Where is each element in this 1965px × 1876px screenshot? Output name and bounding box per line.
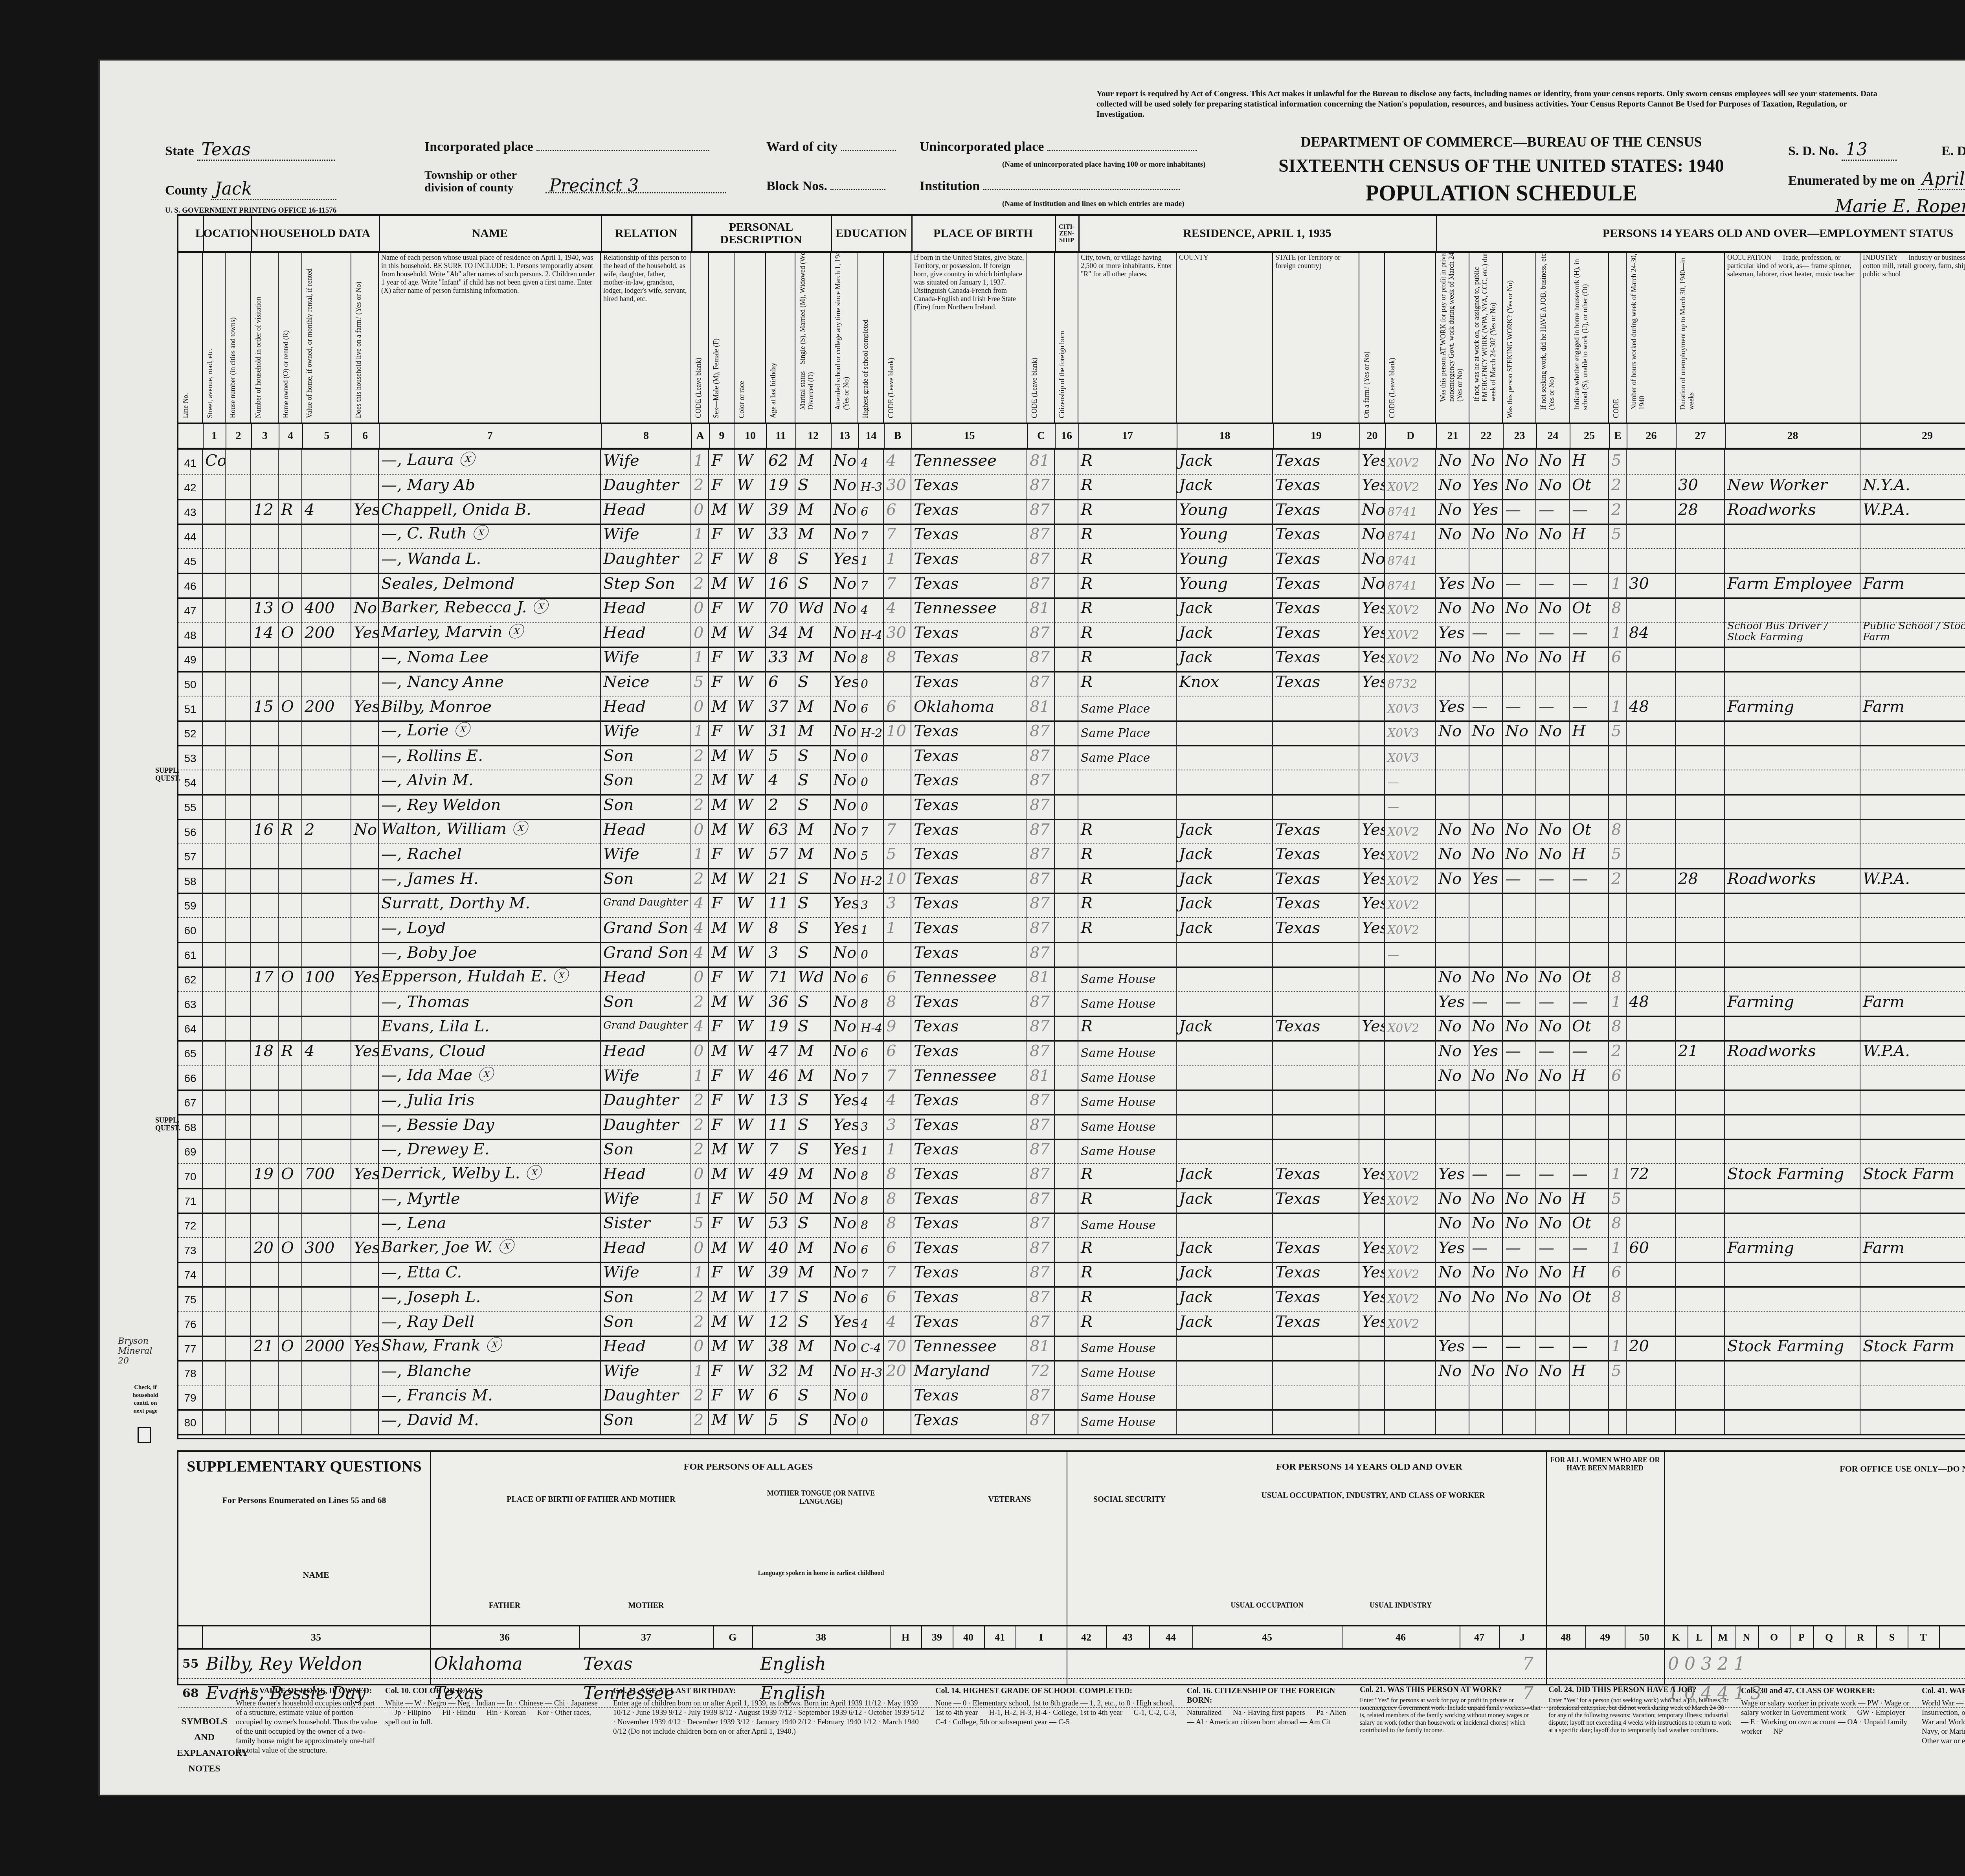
cell-w23: No [1503,1065,1536,1090]
section-household-data: HOUSEHOLD DATA [251,216,380,253]
cell-ind [1860,819,1965,843]
cell-own: O [279,1336,302,1360]
cell-cC: 72 [1027,1360,1055,1385]
cell-w23 [1503,671,1536,696]
supplementary-column-number: I [1016,1626,1067,1648]
cell-r17: Same Place [1078,696,1177,720]
cell-r20 [1359,991,1385,1016]
column-number: 10 [735,424,767,450]
column-number: 2 [226,424,252,450]
cell-mar: M [795,843,831,868]
cell-name: Barker, Joe W. ⓧ [379,1237,601,1262]
cell-h26 [1627,450,1676,474]
cell-mar: S [795,474,831,499]
cell-r20 [1359,1336,1385,1360]
cell-w24 [1536,770,1570,794]
cell-cD: X0V3 [1385,745,1436,770]
cell-w25: — [1570,499,1609,524]
cell-r18: Jack [1177,450,1273,474]
cell-farm [351,1385,379,1409]
institution-note: (Name of institution and lines on which … [1002,200,1185,208]
cell-w25 [1570,770,1609,794]
cell-r18: Jack [1177,1286,1273,1311]
cell-mar: M [795,1360,831,1385]
cell-r19 [1273,1409,1359,1434]
cell-birth: Texas [911,917,1027,942]
cell-r20 [1359,1040,1385,1065]
cell-r19 [1273,1360,1359,1385]
cell-ind: W.P.A. [1860,499,1965,524]
cell-cA: 5 [691,1213,709,1237]
cell-grade: 7 [858,524,884,548]
cell-r20: Yes [1359,450,1385,474]
cell-sch: No [831,450,858,474]
cell-h26 [1627,671,1676,696]
supplementary-column-number: H [890,1626,922,1648]
cell-r18: Jack [1177,474,1273,499]
cell-grade: 4 [858,1090,884,1114]
cell-grade: 0 [858,1409,884,1434]
cell-w24: No [1536,474,1570,499]
column-number: 19 [1273,424,1360,450]
county-value: Jack [211,179,336,200]
cell-grade: 3 [858,1114,884,1139]
cell-cA: 0 [691,1237,709,1262]
cell-house [226,819,251,843]
cell-birth: Texas [911,991,1027,1016]
cell-cE [1609,1114,1627,1139]
table-row: 66—, Ida Mae ⓧWife1FW46MNo77Tennessee81S… [178,1065,1965,1091]
cell-cit [1055,499,1078,524]
cell-d27 [1676,1237,1725,1262]
cell-h26 [1627,843,1676,868]
cell-h26: 30 [1627,573,1676,597]
cell-w23 [1503,770,1536,794]
cell-cC: 87 [1027,868,1055,893]
cell-cB: 3 [884,1114,911,1139]
cell-cC: 87 [1027,1163,1055,1188]
cell-sex: F [709,720,735,745]
note-col24: Col. 24. DID THIS PERSON HAVE A JOB?Ente… [1548,1686,1733,1734]
cell-r19: Texas [1273,573,1359,597]
cell-birth: Texas [911,1188,1027,1213]
supplementary-column-number: 45 [1192,1626,1342,1648]
cell-d27: 21 [1676,1040,1725,1065]
cell-hh: 13 [251,597,279,622]
cell-d27: 28 [1676,868,1725,893]
supplementary-column-number: 40 [953,1626,985,1648]
cell-cD: 8732 [1385,671,1436,696]
cell-occ: Farming [1725,696,1860,720]
cell-rel: Head [601,966,691,991]
cell-cD: X0V3 [1385,696,1436,720]
cell-w24: No [1536,1262,1570,1286]
cell-cA: 1 [691,647,709,671]
column-number: 3 [251,424,279,450]
cell-rel: Neice [601,671,691,696]
cell-r17: Same House [1078,1213,1177,1237]
cell-r18: Knox [1177,671,1273,696]
cell-d27 [1676,524,1725,548]
col-mother-label: MOTHER [579,1601,713,1610]
cell-street [203,917,226,942]
cell-cC: 81 [1027,966,1055,991]
cell-house [226,745,251,770]
cell-mar: M [795,524,831,548]
cell-mar: M [795,622,831,647]
cell-w23 [1503,745,1536,770]
cell-cB: 4 [884,597,911,622]
cell-street [203,720,226,745]
cell-w21 [1436,1090,1469,1114]
cell-r17: Same House [1078,1040,1177,1065]
cell-w25: Ot [1570,597,1609,622]
cell-d27: 28 [1676,499,1725,524]
cell-cA: 4 [691,917,709,942]
cell-w21: No [1436,450,1469,474]
cell-value [302,991,351,1016]
cell-mar: M [795,450,831,474]
cell-w24 [1536,917,1570,942]
column-header-c11: Age at last birthday [766,251,795,424]
cell-occ [1725,1385,1860,1409]
cell-age: 46 [766,1065,795,1090]
cell-cC: 87 [1027,1213,1055,1237]
cell-cC: 87 [1027,1040,1055,1065]
cell-r19 [1273,1385,1359,1409]
cell-cC: 81 [1027,1065,1055,1090]
cell-mar: S [795,1139,831,1163]
cell-name: —, James H. [379,868,601,893]
cell-sex: F [709,1090,735,1114]
cell-age: 4 [766,770,795,794]
column-number: 6 [351,424,380,450]
supplementary-name: Bilby, Rey Weldon [206,1654,362,1674]
cell-name: —, Etta C. [379,1262,601,1286]
cell-cC: 87 [1027,1409,1055,1434]
supplementary-column-number: 43 [1106,1626,1150,1648]
cell-race: W [735,548,766,573]
cell-w24: — [1536,991,1570,1016]
cell-r20: Yes [1359,671,1385,696]
cell-sch: No [831,1385,858,1409]
cell-own: O [279,966,302,991]
cell-sch: No [831,1065,858,1090]
cell-cE: 2 [1609,1040,1627,1065]
cell-grade: 1 [858,548,884,573]
cell-name: Bilby, Monroe [379,696,601,720]
table-row: 42—, Mary AbDaughter2FW19SNoH-330Texas87… [178,474,1965,501]
cell-occ [1725,1114,1860,1139]
cell-cD [1385,1040,1436,1065]
cell-house [226,917,251,942]
cell-w21: No [1436,647,1469,671]
cell-r20: Yes [1359,647,1385,671]
cell-house [226,1016,251,1040]
cell-cB: 7 [884,573,911,597]
cell-cE [1609,1409,1627,1434]
cell-r18: Jack [1177,1188,1273,1213]
population-table: LOCATIONHOUSEHOLD DATANAMERELATIONPERSON… [177,214,1965,1439]
column-header-c22: If not, was he at work on, or assigned t… [1469,251,1503,424]
cell-race: W [735,524,766,548]
cell-house [226,893,251,917]
cell-w25: — [1570,1163,1609,1188]
cell-r17: Same House [1078,1114,1177,1139]
cell-occ [1725,548,1860,573]
cell-race: W [735,450,766,474]
cell-w25: Ot [1570,966,1609,991]
cell-age: 50 [766,1188,795,1213]
cell-r18: Jack [1177,597,1273,622]
table-row: 80—, David M.Son2MW5SNo0Texas87Same Hous… [178,1409,1965,1435]
cell-mar: M [795,1262,831,1286]
cell-grade: H-3 [858,474,884,499]
cell-cit [1055,1336,1078,1360]
ed-number-field: E. D. No. 119-7 [1941,140,1965,161]
married-women-heading: FOR ALL WOMEN WHO ARE OR HAVE BEEN MARRI… [1546,1456,1664,1472]
cell-rel: Grand Son [601,917,691,942]
cell-hh [251,548,279,573]
cell-occ [1725,1065,1860,1090]
cell-ind [1860,671,1965,696]
cell-cB: 1 [884,1139,911,1163]
cell-line-no: 67 [178,1090,203,1114]
cell-h26 [1627,770,1676,794]
cell-ind [1860,1311,1965,1336]
cell-w24 [1536,893,1570,917]
cell-farm [351,720,379,745]
cell-birth: Texas [911,1409,1027,1434]
cell-d27 [1676,696,1725,720]
cell-grade: 6 [858,966,884,991]
cell-house [226,1311,251,1336]
cell-w22 [1469,917,1503,942]
cell-occ [1725,1360,1860,1385]
explanatory-notes: SYMBOLS AND EXPLANATORY NOTES Col. 5. VA… [177,1686,1965,1788]
cell-cD [1385,1065,1436,1090]
cell-r19: Texas [1273,1262,1359,1286]
household-continued-checkbox[interactable] [138,1427,151,1443]
cell-r20: Yes [1359,819,1385,843]
cell-ind [1860,1188,1965,1213]
supplementary-column-number: 35 [202,1626,431,1648]
cell-ind [1860,720,1965,745]
cell-d27 [1676,720,1725,745]
cell-ind [1860,942,1965,966]
cell-cit [1055,1286,1078,1311]
cell-rel: Head [601,1163,691,1188]
cell-sch: Yes [831,1090,858,1114]
cell-r18: Jack [1177,868,1273,893]
cell-cC: 87 [1027,499,1055,524]
cell-w24 [1536,1385,1570,1409]
cell-occ: Stock Farming [1725,1163,1860,1188]
cell-cB: 10 [884,720,911,745]
table-row: 55—, Rey WeldonSon2MW2SNo0Texas87—55 [178,794,1965,820]
column-number: D [1385,424,1437,450]
cell-rel: Son [601,991,691,1016]
supplementary-column-number: S [1876,1626,1908,1648]
cell-cA: 0 [691,966,709,991]
cell-r19 [1273,745,1359,770]
cell-age: 17 [766,1286,795,1311]
cell-grade: 4 [858,1311,884,1336]
cell-birth: Texas [911,770,1027,794]
cell-cit [1055,893,1078,917]
table-row: 74—, Etta C.Wife1FW39MNo77Texas87RJackTe… [178,1262,1965,1288]
cell-own [279,770,302,794]
cell-r20: Yes [1359,622,1385,647]
cell-sch: No [831,499,858,524]
cell-line-no: 79 [178,1385,203,1409]
cell-cit [1055,991,1078,1016]
cell-r17: R [1078,524,1177,548]
cell-grade: C-4 [858,1336,884,1360]
cell-ind: W.P.A. [1860,1040,1965,1065]
cell-race: W [735,1040,766,1065]
cell-w24: — [1536,573,1570,597]
cell-age: 19 [766,1016,795,1040]
cell-w24: No [1536,1188,1570,1213]
cell-h26 [1627,1040,1676,1065]
cell-sch: No [831,1237,858,1262]
cell-ind [1860,794,1965,819]
cell-name: Derrick, Welby L. ⓧ [379,1163,601,1188]
cell-mar: M [795,1040,831,1065]
cell-w22 [1469,1114,1503,1139]
cell-cit [1055,1016,1078,1040]
cell-r18: Young [1177,499,1273,524]
table-row: 76—, Ray DellSon2MW12SYes44Texas87RJackT… [178,1311,1965,1337]
table-row: 7320O300YesBarker, Joe W. ⓧHead0MW40MNo6… [178,1237,1965,1263]
cell-house [226,1237,251,1262]
cell-cit [1055,819,1078,843]
cell-occ [1725,770,1860,794]
cell-r19 [1273,966,1359,991]
cell-cit [1055,573,1078,597]
cell-rel: Head [601,1040,691,1065]
cell-hh: 12 [251,499,279,524]
cell-cA: 2 [691,745,709,770]
cell-cC: 87 [1027,1262,1055,1286]
cell-name: Evans, Lila L. [379,1016,601,1040]
table-row: 7721O2000YesShaw, Frank ⓧHead0MW38MNoC-4… [178,1336,1965,1362]
cell-line-no: 63 [178,991,203,1016]
cell-age: 12 [766,1311,795,1336]
cell-name: —, Noma Lee [379,647,601,671]
cell-w23: No [1503,819,1536,843]
cell-w24: — [1536,499,1570,524]
cell-race: W [735,1385,766,1409]
cell-w23 [1503,794,1536,819]
cell-w22: Yes [1469,499,1503,524]
cell-cD: X0V2 [1385,597,1436,622]
cell-w25 [1570,917,1609,942]
cell-d27 [1676,819,1725,843]
cell-r18 [1177,1040,1273,1065]
cell-street [203,1286,226,1311]
cell-race: W [735,868,766,893]
cell-farm [351,548,379,573]
cell-cA: 2 [691,1139,709,1163]
cell-name: Walton, William ⓧ [379,819,601,843]
cell-birth: Texas [911,819,1027,843]
cell-sch: No [831,1262,858,1286]
cell-value [302,1286,351,1311]
cell-w21 [1436,1139,1469,1163]
cell-mar: S [795,745,831,770]
column-header-c1: Street, avenue, road, etc. [203,251,226,424]
cell-w24 [1536,1114,1570,1139]
cell-cB [884,1385,911,1409]
cell-r20: Yes [1359,1237,1385,1262]
cell-r19 [1273,942,1359,966]
cell-cB [884,794,911,819]
cell-name: —, Blanche [379,1360,601,1385]
cell-h26 [1627,917,1676,942]
cell-cC: 87 [1027,524,1055,548]
state-value: Texas [197,140,335,161]
cell-cE [1609,1385,1627,1409]
cell-w23: No [1503,966,1536,991]
table-row: 41Cont'd—, Laura ⓧWife1FW62MNo44Tennesse… [178,450,1965,475]
cell-cD: X0V2 [1385,1286,1436,1311]
cell-cB: 8 [884,1163,911,1188]
cell-r19: Texas [1273,597,1359,622]
cell-own [279,1065,302,1090]
cell-cD: X0V2 [1385,622,1436,647]
cell-house [226,671,251,696]
cell-r19: Texas [1273,1163,1359,1188]
cell-cA: 2 [691,794,709,819]
cell-cC: 87 [1027,819,1055,843]
cell-r20: Yes [1359,1016,1385,1040]
cell-cE: 5 [1609,720,1627,745]
cell-value [302,794,351,819]
cell-birth: Texas [911,1016,1027,1040]
mother-tongue-heading: MOTHER TONGUE (OR NATIVE LANGUAGE) [752,1489,890,1506]
cell-r18 [1177,942,1273,966]
cell-hh [251,868,279,893]
cell-value [302,1385,351,1409]
cell-birth: Texas [911,548,1027,573]
cell-sch: No [831,647,858,671]
cell-sex: M [709,942,735,966]
cell-value [302,1188,351,1213]
cell-ind [1860,1114,1965,1139]
cell-cA: 0 [691,819,709,843]
cell-birth: Texas [911,1213,1027,1237]
cell-r20 [1359,696,1385,720]
cell-w21: No [1436,1360,1469,1385]
cell-r20 [1359,1065,1385,1090]
cell-value [302,474,351,499]
note-col11: Col. 11. AGE AT LAST BIRTHDAY:Enter age … [613,1686,927,1736]
cell-cit [1055,1385,1078,1409]
cell-r17: Same House [1078,1090,1177,1114]
cell-r17: R [1078,1188,1177,1213]
cell-r20 [1359,1409,1385,1434]
cell-mar: S [795,548,831,573]
cell-h26 [1627,647,1676,671]
cell-w24: No [1536,450,1570,474]
cell-cit [1055,770,1078,794]
cell-birth: Texas [911,794,1027,819]
cell-mar: M [795,1163,831,1188]
cell-farm [351,1065,379,1090]
cell-sex: M [709,1163,735,1188]
